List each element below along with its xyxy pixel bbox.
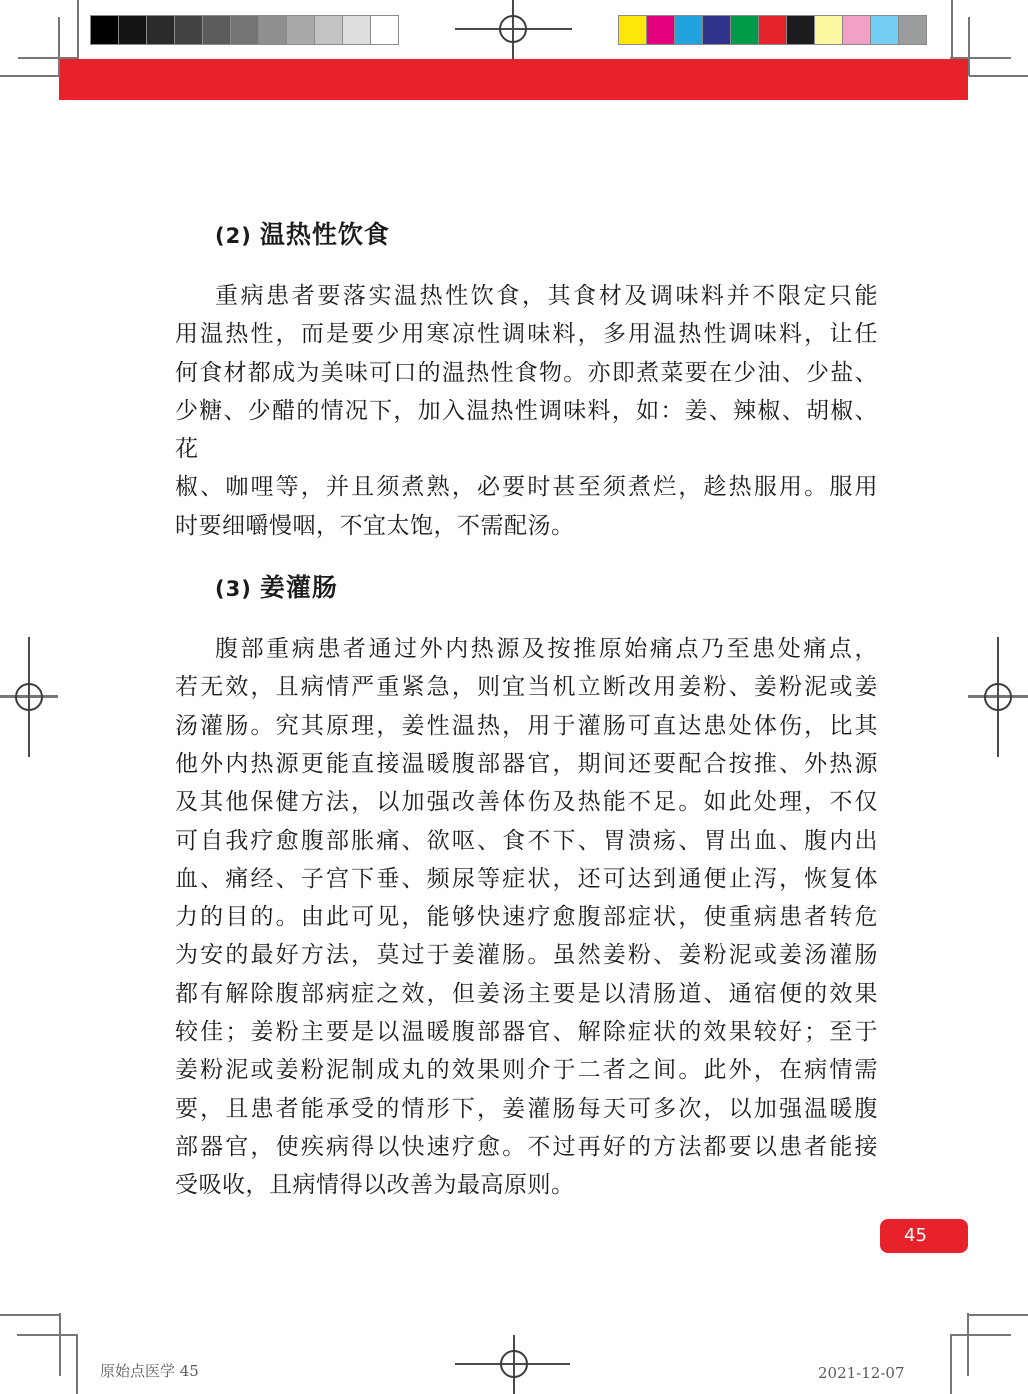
section-title: 姜灌肠 bbox=[260, 573, 338, 602]
registration-circle-icon bbox=[984, 683, 1012, 711]
text-block: (2)温热性饮食 重病患者要落实温热性饮食，其食材及调味料并不限定只能用温热性，… bbox=[175, 220, 878, 1205]
color-swatch bbox=[730, 15, 759, 45]
grayscale-swatch bbox=[286, 15, 315, 45]
page-number-badge: 45 bbox=[880, 1219, 968, 1253]
grayscale-swatch bbox=[90, 15, 119, 45]
grayscale-swatch bbox=[314, 15, 343, 45]
body-text-line: 腹部重病患者通过外内热源及按推原始痛点乃至患处痛点， bbox=[175, 630, 878, 668]
footer-date: 2021-12-07 bbox=[818, 1364, 904, 1382]
body-text-line: 用温热性，而是要少用寒凉性调味料，多用温热性调味料，让任 bbox=[175, 315, 878, 353]
page-number: 45 bbox=[880, 1219, 968, 1253]
grayscale-swatch bbox=[258, 15, 287, 45]
body-text-line: 要，且患者能承受的情形下，姜灌肠每天可多次，以加强温暖腹 bbox=[175, 1090, 878, 1128]
color-swatch bbox=[646, 15, 675, 45]
body-text-line: 血、痛经、子宫下垂、频尿等症状，还可达到通便止泻，恢复体 bbox=[175, 860, 878, 898]
footer-book-title: 原始点医学 45 bbox=[100, 1360, 199, 1381]
registration-circle-icon bbox=[499, 15, 527, 43]
color-swatch bbox=[674, 15, 703, 45]
color-swatch bbox=[814, 15, 843, 45]
body-text-line: 椒、咖哩等，并且须煮熟，必要时甚至须煮烂，趁热服用。服用 bbox=[175, 468, 878, 506]
color-swatch bbox=[618, 15, 647, 45]
section-title: 温热性饮食 bbox=[260, 220, 390, 249]
body-text-line: 部器官，使疾病得以快速疗愈。不过再好的方法都要以患者能接 bbox=[175, 1128, 878, 1166]
section-heading: (3)姜灌肠 bbox=[215, 573, 878, 604]
body-text-line: 若无效，且病情严重紧急，则宜当机立断改用姜粉、姜粉泥或姜 bbox=[175, 668, 878, 706]
section-number: (2) bbox=[215, 224, 252, 248]
body-text-line: 力的目的。由此可见，能够快速疗愈腹部症状，使重病患者转危 bbox=[175, 898, 878, 936]
section-heading: (2)温热性饮食 bbox=[215, 220, 878, 251]
body-text-line: 重病患者要落实温热性饮食，其食材及调味料并不限定只能 bbox=[175, 277, 878, 315]
body-text-line: 姜粉泥或姜粉泥制成丸的效果则介于二者之间。此外，在病情需 bbox=[175, 1051, 878, 1089]
grayscale-swatch bbox=[202, 15, 231, 45]
section-number: (3) bbox=[215, 577, 252, 601]
grayscale-swatch bbox=[118, 15, 147, 45]
color-swatch bbox=[758, 15, 787, 45]
header-red-bar bbox=[59, 59, 968, 100]
grayscale-calibration-bar bbox=[90, 15, 398, 45]
body-text-line: 汤灌肠。究其原理，姜性温热，用于灌肠可直达患处体伤，比其 bbox=[175, 707, 878, 745]
body-text-line: 时要细嚼慢咽，不宜太饱，不需配汤。 bbox=[175, 507, 878, 545]
body-text-line: 较佳；姜粉主要是以温暖腹部器官、解除症状的效果较好；至于 bbox=[175, 1013, 878, 1051]
paragraph: 重病患者要落实温热性饮食，其食材及调味料并不限定只能用温热性，而是要少用寒凉性调… bbox=[175, 277, 878, 545]
color-swatch bbox=[786, 15, 815, 45]
body-text-line: 都有解除腹部病症之效，但姜汤主要是以清肠道、通宿便的效果 bbox=[175, 975, 878, 1013]
grayscale-swatch bbox=[342, 15, 371, 45]
grayscale-swatch bbox=[230, 15, 259, 45]
color-swatch bbox=[842, 15, 871, 45]
color-swatch bbox=[898, 15, 927, 45]
color-swatch bbox=[702, 15, 731, 45]
color-calibration-bar bbox=[618, 15, 926, 45]
grayscale-swatch bbox=[174, 15, 203, 45]
registration-circle-icon bbox=[15, 683, 43, 711]
body-text-line: 何食材都成为美味可口的温热性食物。亦即煮菜要在少油、少盐、 bbox=[175, 354, 878, 392]
paragraph: 腹部重病患者通过外内热源及按推原始痛点乃至患处痛点，若无效，且病情严重紧急，则宜… bbox=[175, 630, 878, 1204]
color-swatch bbox=[870, 15, 899, 45]
body-text-line: 及其他保健方法，以加强改善体伤及热能不足。如此处理，不仅 bbox=[175, 783, 878, 821]
body-text-line: 为安的最好方法，莫过于姜灌肠。虽然姜粉、姜粉泥或姜汤灌肠 bbox=[175, 936, 878, 974]
body-text-line: 少糖、少醋的情况下，加入温热性调味料，如：姜、辣椒、胡椒、花 bbox=[175, 392, 878, 469]
grayscale-swatch bbox=[146, 15, 175, 45]
grayscale-swatch bbox=[370, 15, 399, 45]
scanned-book-page: (2)温热性饮食 重病患者要落实温热性饮食，其食材及调味料并不限定只能用温热性，… bbox=[0, 0, 1028, 1394]
body-text-line: 可自我疗愈腹部胀痛、欲呕、食不下、胃溃疡、胃出血、腹内出 bbox=[175, 822, 878, 860]
body-text-line: 他外内热源更能直接温暖腹部器官，期间还要配合按推、外热源 bbox=[175, 745, 878, 783]
body-text-line: 受吸收，且病情得以改善为最高原则。 bbox=[175, 1166, 878, 1204]
registration-circle-icon bbox=[500, 1350, 528, 1378]
